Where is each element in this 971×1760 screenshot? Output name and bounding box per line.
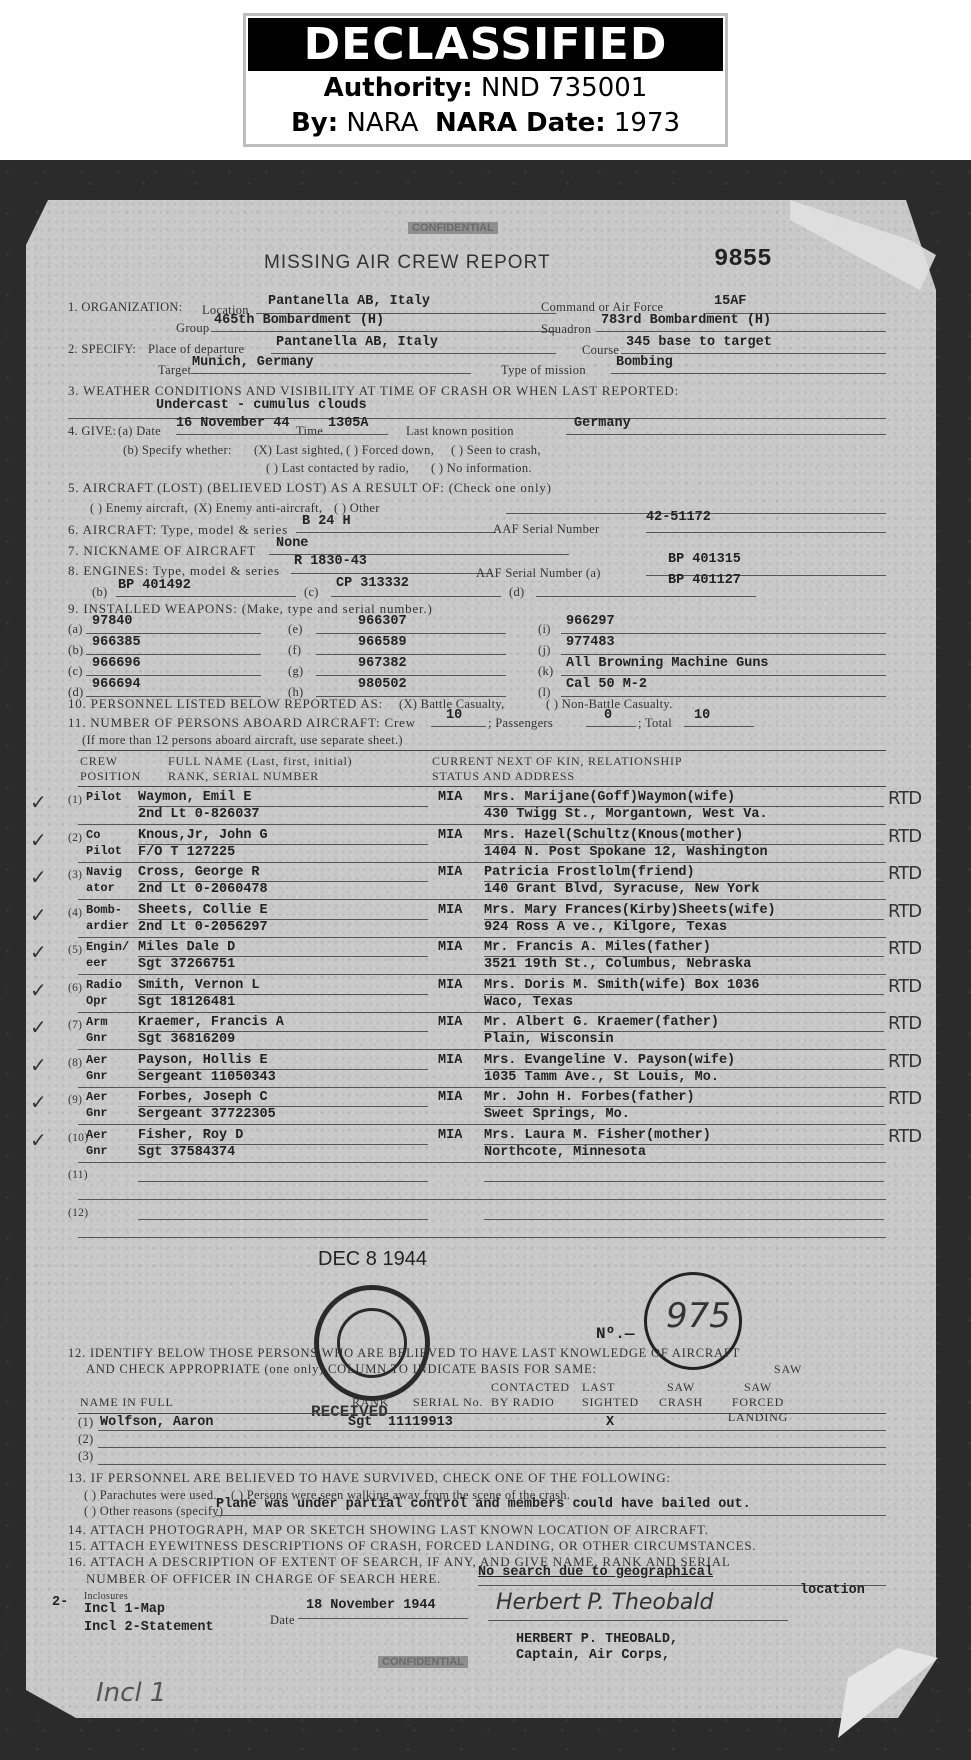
- crew-rtd-annotation: RTD: [888, 1013, 921, 1034]
- crew-row-number: (7): [68, 1019, 82, 1031]
- weapon-value: 966694: [92, 677, 141, 692]
- crew-header-name-2: RANK, SERIAL NUMBER: [168, 769, 319, 784]
- aircraft-serial-value: 42-51172: [646, 510, 711, 525]
- crew-next-of-kin: Mrs. Doris M. Smith(wife) Box 1036: [484, 978, 759, 993]
- crew-row-number: (4): [68, 907, 82, 919]
- number-stamp-label: Nº.—: [596, 1325, 634, 1343]
- crew-position-cont: Gnr: [86, 1144, 108, 1158]
- section15-label: 15. ATTACH EYEWITNESS DESCRIPTIONS OF CR…: [68, 1538, 756, 1554]
- signer-title: Captain, Air Corps,: [516, 1648, 670, 1663]
- weapon-value: 966696: [92, 656, 141, 671]
- crew-rank-serial: Sergeant 37722305: [138, 1107, 276, 1122]
- handwritten-note: Incl 1: [96, 1678, 166, 1708]
- crew-next-of-kin: Mrs. Hazel(Schultz(Knous(mother): [484, 828, 743, 843]
- section14-label: 14. ATTACH PHOTOGRAPH, MAP OR SKETCH SHO…: [68, 1522, 709, 1538]
- crew-status: MIA: [438, 1015, 462, 1030]
- section11-label: 11. NUMBER OF PERSONS ABOARD AIRCRAFT: C…: [68, 715, 416, 731]
- check-mark-icon: ✓: [30, 828, 47, 852]
- weapon-value: Cal 50 M-2: [566, 677, 647, 692]
- saw-label-top: SAW: [774, 1362, 802, 1377]
- crew-position: Bomb-: [86, 903, 122, 917]
- section7-label: 7. NICKNAME OF AIRCRAFT: [68, 543, 256, 559]
- weapon-value: 966589: [358, 635, 407, 650]
- crew-rank-serial: Sgt 18126481: [138, 995, 235, 1010]
- crew-name: Forbes, Joseph C: [138, 1090, 268, 1105]
- s12-rank: Sgt: [348, 1415, 372, 1430]
- crew-rank-serial: Sgt 36816209: [138, 1032, 235, 1047]
- crew-position: Arm: [86, 1015, 108, 1029]
- weapon-key: (j): [538, 643, 551, 658]
- report-sheet: CONFIDENTIAL MISSING AIR CREW REPORT 985…: [26, 200, 936, 1718]
- opt-last-sighted: (X) Last sighted,: [254, 443, 343, 458]
- squadron-value: 783rd Bombardment (H): [601, 313, 771, 328]
- crew-rtd-annotation: RTD: [888, 863, 921, 884]
- weapon-value: All Browning Machine Guns: [566, 656, 769, 671]
- crew-row-number: (5): [68, 944, 82, 956]
- target-label: Target: [158, 363, 191, 378]
- total-count: 10: [694, 708, 710, 723]
- engine-serial-a: BP 401315: [668, 552, 741, 567]
- crew-row-number: (2): [68, 832, 82, 844]
- s12-row-number: (2): [78, 1432, 93, 1447]
- confidential-stamp: CONFIDENTIAL: [408, 222, 498, 234]
- weapon-key: (i): [538, 622, 551, 637]
- aircraft-serial-label: AAF Serial Number: [493, 522, 599, 537]
- crew-next-of-kin: Mr. John H. Forbes(father): [484, 1090, 695, 1105]
- authority-line: Authority: NND 735001: [246, 71, 725, 106]
- total-label: ; Total: [638, 716, 672, 731]
- signature: Herbert P. Theobald: [496, 1590, 713, 1615]
- section6-label: 6. AIRCRAFT: Type, model & series: [68, 522, 288, 538]
- crew-name: Knous,Jr, John G: [138, 828, 268, 843]
- crew-status: MIA: [438, 978, 462, 993]
- opt-other-label: ( ) Other reasons (specify): [84, 1504, 223, 1519]
- crew-next-of-kin: Patricia Frostlolm(friend): [484, 865, 695, 880]
- s12-row-number: (1): [78, 1415, 93, 1430]
- weapon-value: 966297: [566, 614, 615, 629]
- mission-label: Type of mission: [501, 363, 586, 378]
- signer-name: HERBERT P. THEOBALD,: [516, 1632, 678, 1647]
- inclosure-count: 2-: [52, 1595, 68, 1610]
- crew-header-position-2: POSITION: [80, 769, 141, 784]
- time-label: Time: [296, 424, 323, 439]
- inclosure-2: Incl 2-Statement: [84, 1620, 214, 1635]
- crew-position: Aer: [86, 1053, 108, 1067]
- engine-b-label: (b): [92, 585, 107, 600]
- crew-rtd-annotation: RTD: [888, 1088, 921, 1109]
- section1-label: 1. ORGANIZATION:: [68, 300, 183, 315]
- weapon-key: (a): [68, 622, 83, 637]
- crew-status: MIA: [438, 790, 462, 805]
- section12-label-1: 12. IDENTIFY BELOW THOSE PERSONS WHO ARE…: [68, 1346, 740, 1361]
- received-date-stamp: DEC 8 1944: [318, 1248, 427, 1271]
- crew-position: Navig: [86, 865, 122, 879]
- crew-address: 140 Grant Blvd, Syracuse, New York: [484, 882, 759, 897]
- s12-header-serial: SERIAL No.: [413, 1395, 483, 1410]
- crew-next-of-kin: Mr. Francis A. Miles(father): [484, 940, 711, 955]
- s12-header-crash: SAW CRASH: [656, 1380, 706, 1410]
- crew-position-cont: Opr: [86, 994, 108, 1008]
- crew-position: Aer: [86, 1128, 108, 1142]
- engine-c-label: (c): [304, 585, 319, 600]
- crew-position-cont: eer: [86, 956, 108, 970]
- crew-address: Plain, Wisconsin: [484, 1032, 614, 1047]
- group-label: Group: [176, 321, 209, 336]
- nara-date-value: 1973: [614, 108, 680, 138]
- opt-forced-down: ( ) Forced down,: [346, 443, 434, 458]
- engine-serial-c: CP 313332: [336, 576, 409, 591]
- crew-status: MIA: [438, 1090, 462, 1105]
- crew-address: 924 Ross A ve., Kilgore, Texas: [484, 920, 727, 935]
- footer-date-label: Date: [270, 1613, 295, 1628]
- crew-position: Engin/: [86, 940, 129, 954]
- crew-position-cont: ardier: [86, 919, 129, 933]
- crew-rank-serial: 2nd Lt 0-826037: [138, 807, 260, 822]
- weather-value: Undercast - cumulus clouds: [156, 398, 367, 413]
- report-title: MISSING AIR CREW REPORT: [264, 252, 551, 274]
- group-value: 465th Bombardment (H): [214, 313, 384, 328]
- section3-label: 3. WEATHER CONDITIONS AND VISIBILITY AT …: [68, 383, 679, 399]
- s12-header-landing: SAW FORCED LANDING: [718, 1380, 798, 1425]
- section4-label: 4. GIVE:: [68, 424, 116, 439]
- scanned-document: CONFIDENTIAL MISSING AIR CREW REPORT 985…: [0, 160, 971, 1760]
- s12-row-number: (3): [78, 1449, 93, 1464]
- check-mark-icon: ✓: [30, 940, 47, 964]
- course-value: 345 base to target: [626, 335, 772, 350]
- position-label: Last known position: [406, 424, 514, 439]
- crew-header-kin-2: STATUS AND ADDRESS: [432, 769, 575, 784]
- section10-label: 10. PERSONNEL LISTED BELOW REPORTED AS:: [68, 696, 383, 712]
- crew-status: MIA: [438, 903, 462, 918]
- inclosure-1: Incl 1-Map: [84, 1602, 165, 1617]
- weapon-value: 977483: [566, 635, 615, 650]
- crew-position-cont: Gnr: [86, 1069, 108, 1083]
- engine-type-value: R 1830-43: [294, 554, 367, 569]
- authority-value: NND 735001: [481, 73, 647, 103]
- crew-row-number: (1): [68, 794, 82, 806]
- crew-address: Waco, Texas: [484, 995, 573, 1010]
- crew-header-position-1: CREW: [80, 754, 118, 769]
- crew-name: Kraemer, Francis A: [138, 1015, 284, 1030]
- mission-value: Bombing: [616, 355, 673, 370]
- s12-header-sighted: LAST SIGHTED: [582, 1380, 642, 1410]
- weapon-key: (f): [288, 643, 301, 658]
- specify-label: (b) Specify whether:: [123, 443, 232, 458]
- inclosures-label: Inclosures: [84, 1591, 128, 1602]
- footer-confidential-stamp: CONFIDENTIAL: [378, 1656, 468, 1668]
- weapon-value: 967382: [358, 656, 407, 671]
- crew-address: 430 Twigg St., Morgantown, West Va.: [484, 807, 768, 822]
- s12-serial: 11119913: [388, 1415, 453, 1430]
- crew-rtd-annotation: RTD: [888, 826, 921, 847]
- crew-status: MIA: [438, 865, 462, 880]
- crew-name: Smith, Vernon L: [138, 978, 260, 993]
- crew-next-of-kin: Mrs. Marijane(Goff)Waymon(wife): [484, 790, 735, 805]
- crew-name: Cross, George R: [138, 865, 260, 880]
- crew-next-of-kin: Mrs. Evangeline V. Payson(wife): [484, 1053, 735, 1068]
- check-mark-icon: ✓: [30, 865, 47, 889]
- weapon-key: (b): [68, 643, 83, 658]
- aircraft-type-value: B 24 H: [302, 514, 351, 529]
- crew-rank-serial: F/O T 127225: [138, 845, 235, 860]
- weapon-value: 97840: [92, 614, 133, 629]
- by-value: NARA: [346, 108, 418, 138]
- date-label: (a) Date: [118, 424, 161, 439]
- passengers-label: ; Passengers: [488, 716, 553, 731]
- s12-name: Wolfson, Aaron: [100, 1415, 213, 1430]
- crew-status: MIA: [438, 828, 462, 843]
- opt-enemy-aircraft: ( ) Enemy aircraft,: [90, 501, 188, 516]
- check-mark-icon: ✓: [30, 1053, 47, 1077]
- crew-name: Sheets, Collie E: [138, 903, 268, 918]
- crew-status: MIA: [438, 1053, 462, 1068]
- crew-row-number: (11): [68, 1169, 88, 1181]
- crew-name: Fisher, Roy D: [138, 1128, 243, 1143]
- crew-rtd-annotation: RTD: [888, 1126, 921, 1147]
- opt-no-info: ( ) No information.: [431, 461, 532, 476]
- declassified-title: DECLASSIFIED: [248, 18, 723, 71]
- check-mark-icon: ✓: [30, 978, 47, 1002]
- engine-serial-label: AAF Serial Number (a): [476, 566, 601, 581]
- crew-name: Waymon, Emil E: [138, 790, 251, 805]
- crew-row-number: (12): [68, 1207, 88, 1219]
- crew-row-number: (9): [68, 1094, 82, 1106]
- crew-rank-serial: 2nd Lt 0-2056297: [138, 920, 268, 935]
- opt-radio: ( ) Last contacted by radio,: [266, 461, 409, 476]
- crew-count: 10: [446, 708, 462, 723]
- crew-position-cont: Gnr: [86, 1031, 108, 1045]
- opt-parachutes: ( ) Parachutes were used.: [84, 1488, 217, 1503]
- crew-address: Northcote, Minnesota: [484, 1145, 646, 1160]
- date-value: 16 November 44: [176, 416, 289, 431]
- command-value: 15AF: [714, 294, 746, 309]
- position-value: Germany: [574, 416, 631, 431]
- crew-row-number: (6): [68, 982, 82, 994]
- engine-d-label: (d): [509, 585, 524, 600]
- weapon-key: (e): [288, 622, 303, 637]
- crew-name: Payson, Hollis E: [138, 1053, 268, 1068]
- opt-other-value: Plane was under partial control and memb…: [216, 1497, 751, 1512]
- weapon-value: 966307: [358, 614, 407, 629]
- weapon-value: 966385: [92, 635, 141, 650]
- target-value: Munich, Germany: [192, 355, 314, 370]
- crew-position: Aer: [86, 1090, 108, 1104]
- report-number: 9855: [714, 246, 772, 273]
- check-mark-icon: ✓: [30, 790, 47, 814]
- declassified-banner: DECLASSIFIED Authority: NND 735001 By: N…: [243, 13, 728, 147]
- crew-rtd-annotation: RTD: [888, 938, 921, 959]
- crew-position: Radio: [86, 978, 122, 992]
- section8-label: 8. ENGINES: Type, model & series: [68, 563, 280, 579]
- section11-note: (If more than 12 persons aboard aircraft…: [82, 733, 403, 748]
- crew-header-name-1: FULL NAME (Last, first, initial): [168, 754, 352, 769]
- check-mark-icon: ✓: [30, 1090, 47, 1114]
- crew-status: MIA: [438, 940, 462, 955]
- check-mark-icon: ✓: [30, 1128, 47, 1152]
- nara-date-label: NARA Date:: [435, 108, 606, 138]
- crew-address: 1035 Tamm Ave., St Louis, Mo.: [484, 1070, 719, 1085]
- crew-name: Miles Dale D: [138, 940, 235, 955]
- search-value-cont: location: [800, 1583, 865, 1598]
- s12-last-sighted: X: [606, 1415, 614, 1430]
- crew-next-of-kin: Mr. Albert G. Kraemer(father): [484, 1015, 719, 1030]
- crew-position-cont: Pilot: [86, 844, 122, 858]
- squadron-label: Squadron: [541, 322, 591, 337]
- weapon-key: (g): [288, 664, 303, 679]
- passengers-count: 0: [604, 708, 612, 723]
- crew-address: Sweet Springs, Mo.: [484, 1107, 630, 1122]
- crew-position-cont: Gnr: [86, 1106, 108, 1120]
- nickname-value: None: [276, 536, 308, 551]
- authority-label: Authority:: [324, 73, 473, 103]
- received-clock-stamp: [314, 1285, 430, 1401]
- weapon-value: 980502: [358, 677, 407, 692]
- by-label: By:: [291, 108, 338, 138]
- s12-header-name: NAME IN FULL: [80, 1395, 174, 1410]
- by-line: By: NARA NARA Date: 1973: [246, 106, 725, 141]
- crew-rtd-annotation: RTD: [888, 901, 921, 922]
- crew-rtd-annotation: RTD: [888, 788, 921, 809]
- crew-address: 3521 19th St., Columbus, Nebraska: [484, 957, 751, 972]
- crew-rtd-annotation: RTD: [888, 976, 921, 997]
- s12-header-rank: RANK: [352, 1395, 389, 1410]
- crew-rank-serial: Sgt 37584374: [138, 1145, 235, 1160]
- footer-date-value: 18 November 1944: [306, 1598, 436, 1613]
- section13-label: 13. IF PERSONNEL ARE BELIEVED TO HAVE SU…: [68, 1470, 671, 1486]
- course-label: Course: [582, 343, 619, 358]
- number-stamp-value: 975: [666, 1296, 731, 1336]
- engine-serial-b: BP 401492: [118, 578, 191, 593]
- departure-value: Pantanella AB, Italy: [276, 335, 438, 350]
- crew-rank-serial: Sergeant 11050343: [138, 1070, 276, 1085]
- section16-label-2: NUMBER OF OFFICER IN CHARGE OF SEARCH HE…: [86, 1571, 441, 1587]
- section5-label: 5. AIRCRAFT (LOST) (BELIEVED LOST) AS A …: [68, 480, 552, 496]
- crew-header-kin-1: CURRENT NEXT OF KIN, RELATIONSHIP: [432, 754, 682, 769]
- crew-rtd-annotation: RTD: [888, 1051, 921, 1072]
- s12-header-radio: CONTACTED BY RADIO: [491, 1380, 571, 1410]
- engine-serial-d: BP 401127: [668, 573, 741, 588]
- crew-position-cont: ator: [86, 881, 115, 895]
- crew-address: 1404 N. Post Spokane 12, Washington: [484, 845, 768, 860]
- crew-next-of-kin: Mrs. Mary Frances(Kirby)Sheets(wife): [484, 903, 776, 918]
- search-value: No search due to geographical: [478, 1565, 713, 1580]
- section2-label: 2. SPECIFY:: [68, 342, 136, 357]
- opt-seen-crash: ( ) Seen to crash,: [451, 443, 541, 458]
- crew-rank-serial: Sgt 37266751: [138, 957, 235, 972]
- crew-position: Pilot: [86, 790, 122, 804]
- location-value: Pantanella AB, Italy: [268, 294, 430, 309]
- crew-status: MIA: [438, 1128, 462, 1143]
- section12-label-2: AND CHECK APPROPRIATE (one only) COLUMN …: [86, 1362, 597, 1377]
- time-value: 1305A: [328, 416, 369, 431]
- check-mark-icon: ✓: [30, 1015, 47, 1039]
- weapon-key: (c): [68, 664, 83, 679]
- crew-row-number: (3): [68, 869, 82, 881]
- weapon-key: (k): [538, 664, 553, 679]
- crew-next-of-kin: Mrs. Laura M. Fisher(mother): [484, 1128, 711, 1143]
- crew-position: Co: [86, 828, 100, 842]
- crew-rank-serial: 2nd Lt 0-2060478: [138, 882, 268, 897]
- crew-row-number: (8): [68, 1057, 82, 1069]
- check-mark-icon: ✓: [30, 903, 47, 927]
